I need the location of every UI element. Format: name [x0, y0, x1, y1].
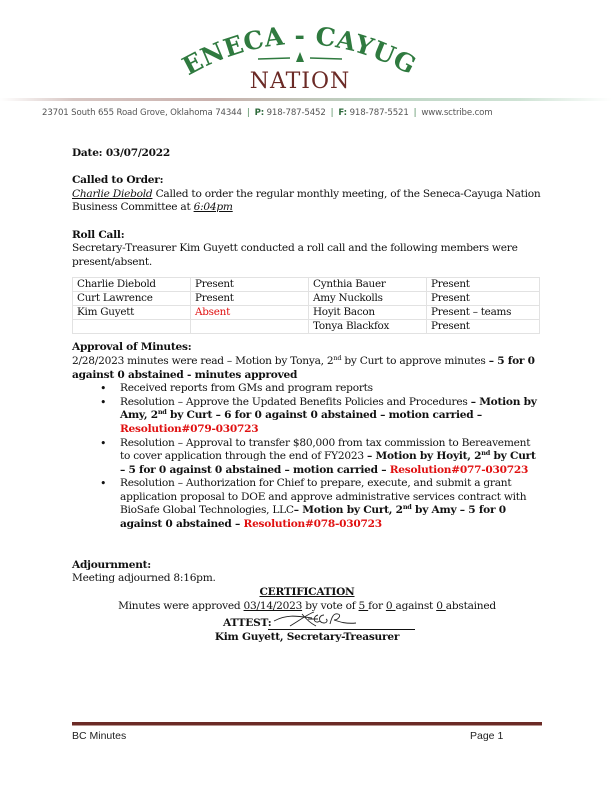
seneca-cayuga-logo: SENECA - CAYUGA NATION: [170, 18, 430, 93]
agenda-item: Received reports from GMs and program re…: [120, 382, 542, 396]
member-name: [73, 320, 191, 334]
fax-label: F:: [338, 108, 347, 118]
presiding-officer: Charlie Diebold: [72, 188, 152, 200]
votes-abstained: 0: [436, 600, 446, 612]
fax-number: 918-787-5521: [350, 108, 409, 118]
member-status: Present – teams: [427, 306, 540, 320]
resolution-number: Resolution#077-030723: [390, 464, 528, 476]
adjournment-text: Meeting adjourned 8:16pm.: [72, 572, 542, 586]
footer-divider: [72, 722, 542, 726]
member-name: Hoyit Bacon: [309, 306, 427, 320]
item-text: Resolution – Approve the Updated Benefit…: [120, 396, 471, 408]
separator: |: [247, 108, 250, 118]
ordinal-suffix: nd: [403, 503, 412, 511]
roll-call-row: Tonya BlackfoxPresent: [73, 320, 540, 334]
roll-call-row: Charlie DieboldPresentCynthia BauerPrese…: [73, 278, 540, 292]
website-link[interactable]: www.sctribe.com: [421, 108, 492, 118]
votes-against: 0: [386, 600, 396, 612]
member-name: Charlie Diebold: [73, 278, 191, 292]
member-status: [191, 320, 309, 334]
motion-text: – Motion by Curt, 2: [294, 504, 403, 516]
certification-title: CERTIFICATION: [72, 586, 542, 600]
separator: |: [414, 108, 417, 118]
item-text: Received reports from GMs and program re…: [120, 382, 373, 394]
ordinal-suffix: nd: [481, 449, 490, 457]
member-status: Present: [191, 278, 309, 292]
motion-text: – Motion by Hoyit, 2: [367, 450, 481, 462]
certification-block: CERTIFICATION Minutes were approved 03/1…: [72, 586, 542, 613]
phone-number: 918-787-5452: [267, 108, 326, 118]
agenda-item: Resolution – Approve the Updated Benefit…: [120, 396, 542, 437]
header-divider: [0, 98, 612, 101]
letterhead-address: 23701 South 655 Road Grove, Oklahoma 743…: [42, 108, 582, 118]
member-name: Cynthia Bauer: [309, 278, 427, 292]
member-name: Kim Guyett: [73, 306, 191, 320]
approval-heading: Approval of Minutes:: [72, 341, 542, 355]
approval-minutes-text: 2/28/2023 minutes were read – Motion by …: [72, 355, 542, 382]
resolution-number: Resolution#079-030723: [120, 423, 258, 435]
attest-label: ATTEST:: [223, 617, 271, 631]
minutes-body: Date: 03/07/2022 Called to Order: Charli…: [72, 147, 542, 645]
called-to-order-heading: Called to Order:: [72, 174, 542, 188]
tree-icon: [296, 52, 304, 62]
member-status: Absent: [191, 306, 309, 320]
logo-text-nation: NATION: [250, 69, 351, 93]
agenda-item: Resolution – Authorization for Chief to …: [120, 477, 542, 531]
vote-text: by Curt – 6 for 0 against 0 abstained – …: [167, 409, 482, 421]
agenda-items-list: Received reports from GMs and program re…: [72, 382, 542, 532]
address-text: 23701 South 655 Road Grove, Oklahoma 743…: [42, 108, 242, 118]
start-time: 6:04pm: [194, 201, 233, 213]
adjournment-heading: Adjournment:: [72, 559, 542, 573]
roll-call-row: Kim GuyettAbsentHoyit BaconPresent – tea…: [73, 306, 540, 320]
footer-doc-title: BC Minutes: [72, 730, 126, 742]
member-status: Present: [191, 292, 309, 306]
member-status: Present: [427, 278, 540, 292]
ordinal-suffix: nd: [158, 408, 167, 416]
member-status: Present: [427, 292, 540, 306]
separator: |: [331, 108, 334, 118]
resolution-number: Resolution#078-030723: [244, 518, 382, 530]
meeting-date: Date: 03/07/2022: [72, 147, 542, 161]
document-page: SENECA - CAYUGA NATION 23701 South 655 R…: [0, 0, 612, 792]
roll-call-intro: Secretary-Treasurer Kim Guyett conducted…: [72, 242, 542, 269]
agenda-item: Resolution – Approval to transfer $80,00…: [120, 437, 542, 478]
roll-call-table: Charlie DieboldPresentCynthia BauerPrese…: [72, 277, 540, 334]
roll-call-row: Curt LawrencePresentAmy NuckollsPresent: [73, 292, 540, 306]
member-name: Tonya Blackfox: [309, 320, 427, 334]
roll-call-heading: Roll Call:: [72, 229, 542, 243]
footer-page-number: Page 1: [470, 730, 503, 742]
signer-name: Kim Guyett, Secretary-Treasurer: [72, 631, 542, 645]
signature-icon: [272, 610, 362, 630]
member-status: Present: [427, 320, 540, 334]
phone-label: P:: [255, 108, 264, 118]
called-to-order-text: Charlie Diebold Called to order the regu…: [72, 188, 542, 215]
member-name: Amy Nuckolls: [309, 292, 427, 306]
attest-line: ATTEST:: [72, 613, 542, 631]
member-name: Curt Lawrence: [73, 292, 191, 306]
